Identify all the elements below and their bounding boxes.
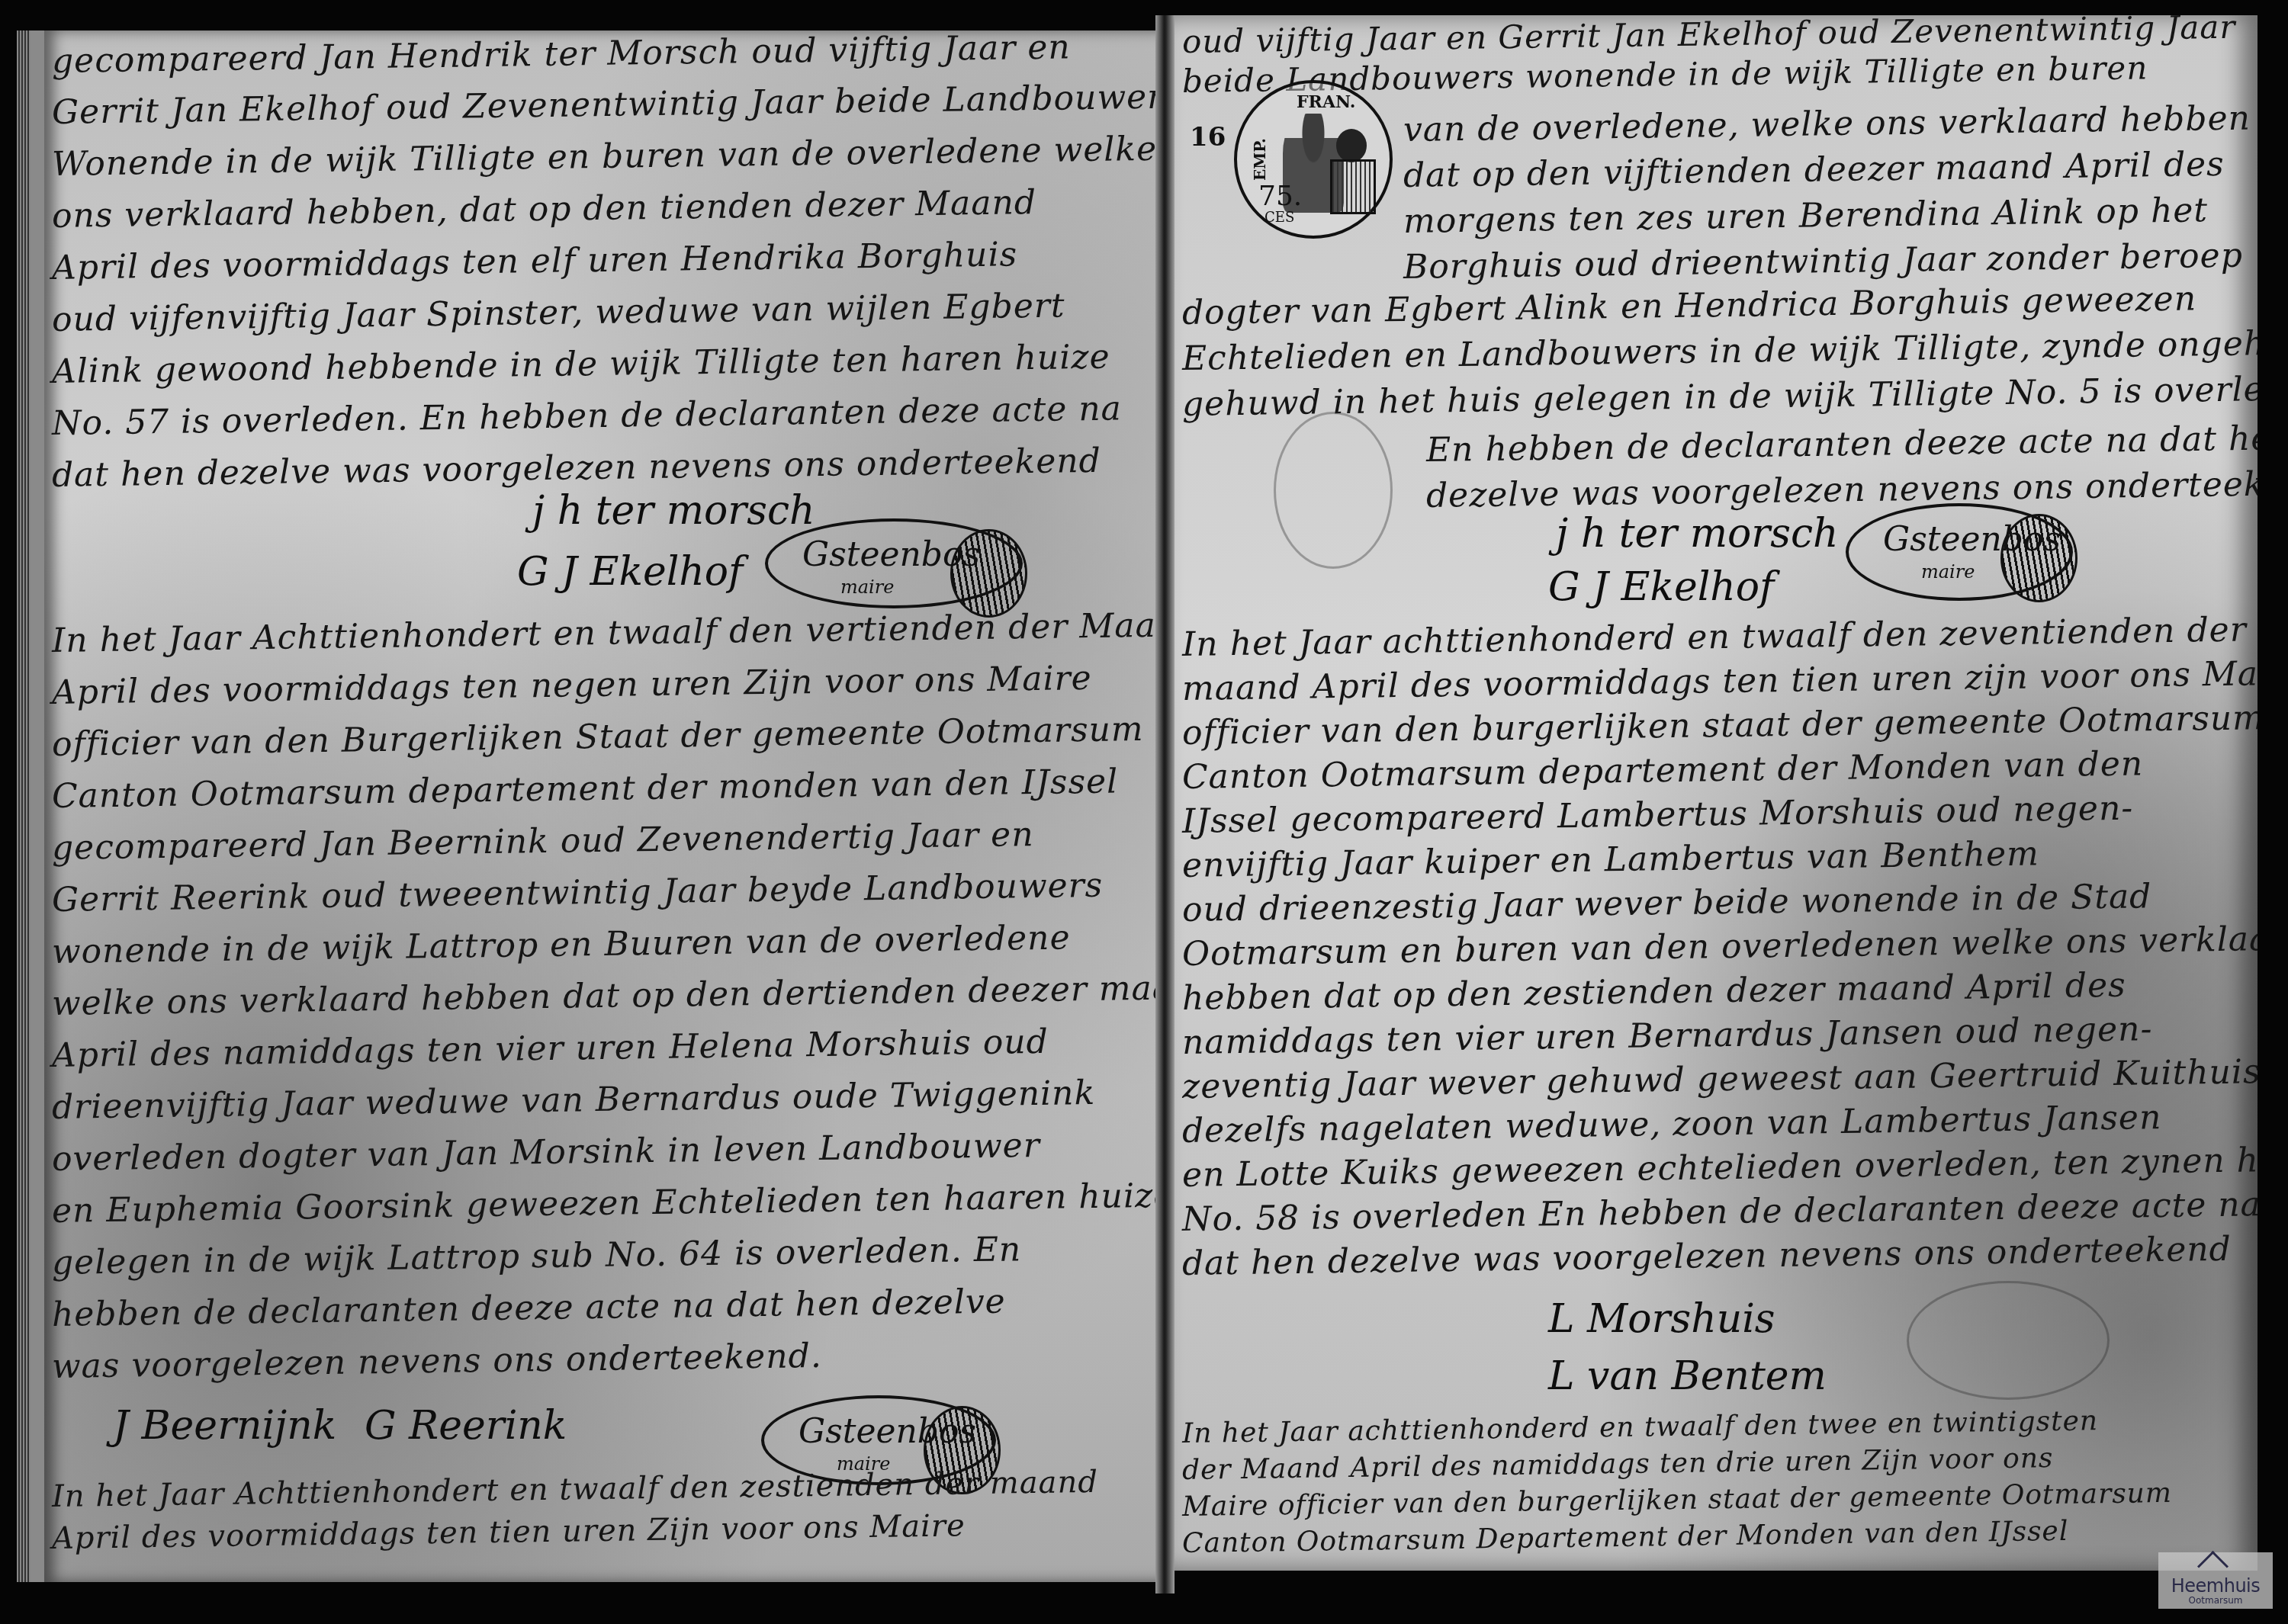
text-line: Gerrit Reerink oud tweeentwintig Jaar be… xyxy=(52,866,1104,920)
text-line: dat hen dezelve was voorgelezen nevens o… xyxy=(52,441,1102,495)
logo-subtitle: Ootmarsum xyxy=(2158,1595,2273,1606)
seal-hatch xyxy=(950,529,1027,618)
text-line: oud vijfenvijftig Jaar Spinster, weduwe … xyxy=(52,286,1065,339)
text-line: dezelve was voorgelezen nevens ons onder… xyxy=(1426,464,2257,515)
text-line: oud drieenzestig Jaar wever beide wonend… xyxy=(1182,877,2152,929)
signature-witness-1: L Morshuis xyxy=(1548,1296,1775,1342)
text-line: overleden dogter van Jan Morsink in leve… xyxy=(52,1126,1040,1179)
book-gutter xyxy=(1155,15,1175,1594)
text-line: Wonende in de wijk Tilligte en buren van… xyxy=(52,130,1158,184)
text-line: Gerrit Jan Ekelhof oud Zevenentwintig Ja… xyxy=(52,77,1169,132)
pedestal-icon xyxy=(1330,159,1376,214)
signature-witness-2: G Reerink xyxy=(365,1403,567,1449)
text-line: No. 57 is overleden. En hebben de declar… xyxy=(52,389,1122,443)
page-number-mark: 16 xyxy=(1190,122,1226,152)
faded-maire-seal xyxy=(1907,1281,2110,1400)
signature-witness-2: L van Bentem xyxy=(1548,1353,1827,1399)
maire-title: maire xyxy=(840,576,894,598)
logo-name: Heemhuis xyxy=(2158,1575,2273,1597)
signature-witness-2: G J Ekelhof xyxy=(517,549,743,595)
french-empire-tax-stamp: FRAN. EMP. 75. CES xyxy=(1234,80,1393,239)
text-line: April des voormiddags ten negen uren Zij… xyxy=(52,659,1092,712)
text-line: gelegen in de wijk Lattrop sub No. 64 is… xyxy=(52,1230,1022,1282)
text-line: gecompareerd Jan Beernink oud Zevenender… xyxy=(52,815,1034,868)
text-line: der Maand April des namiddags ten drie u… xyxy=(1182,1443,2054,1486)
text-line: Alink gewoond hebbende in de wijk Tillig… xyxy=(52,338,1110,391)
signature-witness-1: J Beernijnk xyxy=(113,1403,336,1449)
maire-signature-seal: Gsteenbos maire xyxy=(765,518,1023,608)
text-line: gecompareerd Jan Hendrik ter Morsch oud … xyxy=(52,30,1071,81)
text-line: ons verklaard hebben, dat op den tienden… xyxy=(52,183,1037,236)
text-line: hebben de declaranten deeze acte na dat … xyxy=(52,1282,1006,1334)
text-line: Canton Ootmarsum Departement der Monden … xyxy=(1182,1516,2069,1559)
text-line: dogter van Egbert Alink en Hendrica Borg… xyxy=(1182,279,2197,332)
stamp-top-text: FRAN. xyxy=(1297,92,1355,112)
seal-hatch xyxy=(2000,514,2078,602)
text-line: In het Jaar achttienhonderd en twaalf de… xyxy=(1182,1405,2099,1449)
maire-title: maire xyxy=(1921,561,1975,583)
text-line: April des voormiddags ten elf uren Hendr… xyxy=(52,235,1018,287)
bust-icon xyxy=(1336,129,1367,162)
text-line: officier van den Burgerlijken Staat der … xyxy=(52,710,1144,764)
stamp-side-text: EMP. xyxy=(1251,138,1269,181)
text-line: In het Jaar Achttienhondert en twaalf de… xyxy=(52,605,1169,660)
signature-witness-1: j h ter morsch xyxy=(1556,511,1839,557)
maire-signature-seal: Gsteenbos maire xyxy=(1846,503,2073,601)
text-line: Borghuis oud drieentwintig Jaar zonder b… xyxy=(1403,236,2244,287)
text-line: envijftig Jaar kuiper en Lambertus van B… xyxy=(1182,834,2039,885)
text-line: dat op den vijftienden deezer maand Apri… xyxy=(1403,145,2225,195)
text-line: dezelfs nagelaten weduwe, zoon van Lambe… xyxy=(1182,1098,2162,1151)
text-line: en Euphemia Goorsink geweezen Echteliede… xyxy=(52,1176,1169,1231)
signature-witness-2: G J Ekelhof xyxy=(1548,564,1774,610)
right-page: oud vijftig Jaar en Gerrit Jan Ekelhof o… xyxy=(1175,15,2257,1571)
text-line: Echtelieden en Landbouwers in de wijk Ti… xyxy=(1182,323,2257,378)
text-line: drieenvijftig Jaar weduwe van Bernardus … xyxy=(52,1074,1096,1127)
text-line: morgens ten zes uren Berendina Alink op … xyxy=(1403,191,2209,241)
text-line: was voorgelezen nevens ons onderteekend. xyxy=(52,1337,822,1386)
text-line: welke ons verklaard hebben dat op den de… xyxy=(52,968,1169,1023)
stamp-unit: CES xyxy=(1265,210,1294,226)
text-line: wonende in de wijk Lattrop en Buuren van… xyxy=(52,918,1071,971)
text-line: dat hen dezelve was voorgelezen nevens o… xyxy=(1182,1230,2232,1283)
text-line: April des voormiddags ten tien uren Zijn… xyxy=(52,1508,966,1556)
text-line: hebben dat op den zestienden dezer maand… xyxy=(1182,966,2126,1018)
signature-witness-1: j h ter morsch xyxy=(532,488,815,534)
text-line: van de overledene, welke ons verklaard h… xyxy=(1403,98,2251,149)
text-line: Canton Ootmarsum departement der Monden … xyxy=(1182,744,2144,797)
text-line: IJssel gecompareerd Lambertus Morshuis o… xyxy=(1182,789,2134,841)
text-line: Canton Ootmarsum departement der monden … xyxy=(52,762,1119,816)
text-line: En hebben de declaranten deeze acte na d… xyxy=(1426,419,2257,470)
book-page-edges xyxy=(17,30,31,1582)
faded-seal-impression xyxy=(1274,412,1393,569)
text-line: namiddags ten vier uren Bernardus Jansen… xyxy=(1182,1009,2153,1062)
stamp-value: 75. xyxy=(1258,181,1302,212)
text-line: April des namiddags ten vier uren Helena… xyxy=(52,1022,1049,1075)
text-line: In het Jaar Achttienhondert en twaalf de… xyxy=(52,1465,1098,1514)
left-page: gecompareerd Jan Hendrik ter Morsch oud … xyxy=(31,30,1169,1582)
heemhuis-logo: Heemhuis Ootmarsum xyxy=(2158,1552,2273,1609)
